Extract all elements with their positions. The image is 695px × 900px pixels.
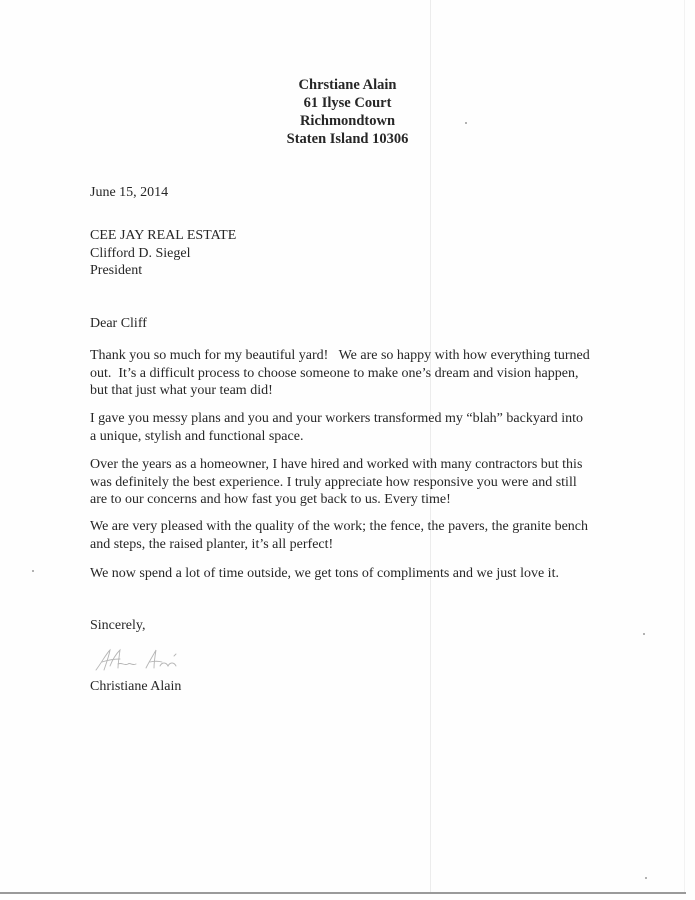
- scan-speck: [465, 122, 467, 124]
- sender-address-line3: Staten Island 10306: [0, 130, 695, 148]
- sender-address-line1: 61 Ilyse Court: [0, 94, 695, 112]
- recipient-title: President: [90, 262, 610, 280]
- sender-name: Chrstiane Alain: [0, 76, 695, 94]
- scan-speck: [32, 570, 34, 572]
- recipient-block: CEE JAY REAL ESTATE Clifford D. Siegel P…: [90, 227, 610, 280]
- body-paragraph: We are very pleased with the quality of …: [90, 518, 590, 553]
- body-paragraph: Over the years as a homeowner, I have hi…: [90, 456, 590, 509]
- scan-speck: [645, 877, 647, 879]
- letter-page: Chrstiane Alain 61 Ilyse Court Richmondt…: [0, 0, 695, 900]
- closing: Sincerely,: [90, 617, 610, 635]
- page-bottom-edge: [0, 892, 686, 894]
- signer-name: Christiane Alain: [90, 678, 610, 696]
- sender-address-line2: Richmondtown: [0, 112, 695, 130]
- recipient-name: Clifford D. Siegel: [90, 245, 610, 263]
- body-paragraph: Thank you so much for my beautiful yard!…: [90, 347, 590, 400]
- scan-speck: [643, 633, 645, 635]
- body-paragraph: I gave you messy plans and you and your …: [90, 410, 590, 445]
- salutation: Dear Cliff: [90, 315, 610, 333]
- sender-letterhead: Chrstiane Alain 61 Ilyse Court Richmondt…: [0, 76, 695, 148]
- letter-date: June 15, 2014: [90, 184, 610, 202]
- signature-icon: [94, 644, 194, 674]
- body-paragraph: We now spend a lot of time outside, we g…: [90, 565, 590, 583]
- recipient-company: CEE JAY REAL ESTATE: [90, 227, 610, 245]
